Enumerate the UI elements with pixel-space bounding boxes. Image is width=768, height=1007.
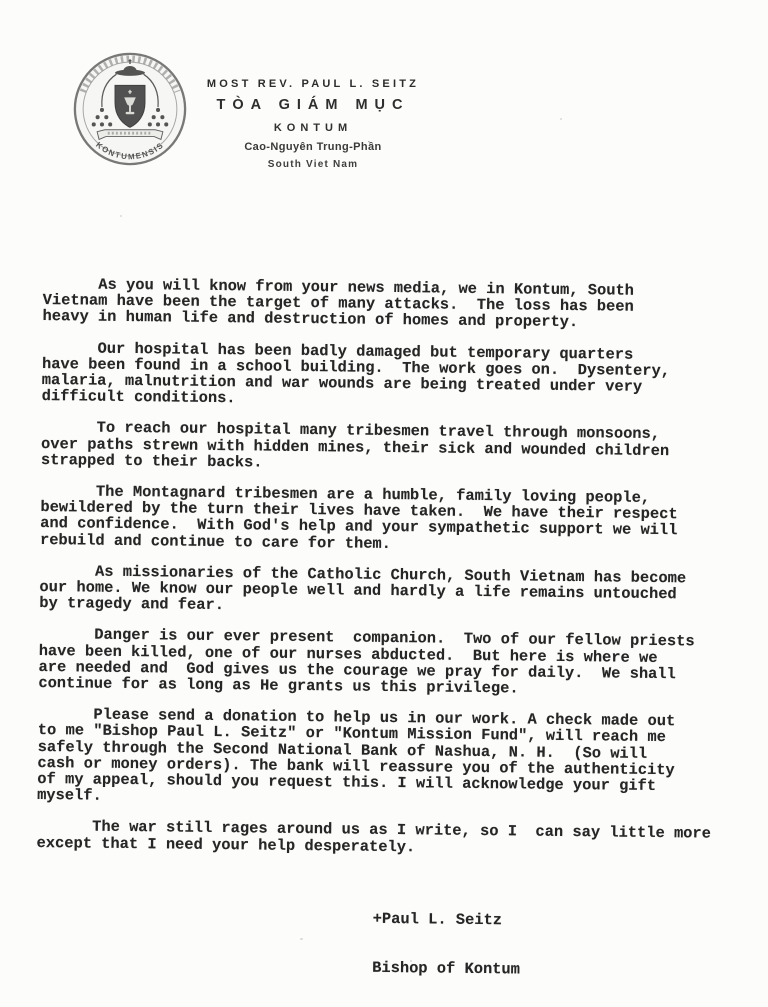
letter-paragraph: As you will know from your news media, w… bbox=[42, 276, 743, 333]
signature-block: +Paul L. Seitz Bishop of Kontum bbox=[372, 879, 736, 1007]
signature-name: +Paul L. Seitz bbox=[373, 911, 736, 931]
letterhead-office: TÒA GIÁM MỤC bbox=[198, 97, 428, 113]
letter-paragraph: Please send a donation to help us in our… bbox=[37, 706, 738, 811]
letter-paragraph: As missionaries of the Catholic Church, … bbox=[39, 563, 740, 620]
letterhead: MOST REV. PAUL L. SEITZ TÒA GIÁM MỤC KON… bbox=[198, 78, 428, 170]
signature-title: Bishop of Kontum bbox=[372, 960, 735, 980]
letter-paragraph: The war still rages around us as I write… bbox=[36, 818, 736, 858]
episcopal-seal-icon: KONTUMENSIS bbox=[72, 50, 188, 168]
letterhead-region: Cao-Nguyên Trung-Phần bbox=[198, 141, 428, 153]
letter-body: As you will know from your news media, w… bbox=[35, 276, 743, 1007]
letterhead-city: KONTUM bbox=[198, 122, 428, 134]
letter-paragraph: Danger is our ever present companion. Tw… bbox=[38, 626, 739, 699]
letter-paragraph: To reach our hospital many tribesmen tra… bbox=[41, 419, 742, 476]
letterhead-country: South Viet Nam bbox=[198, 159, 428, 170]
letter-paragraph: The Montagnard tribesmen are a humble, f… bbox=[40, 483, 741, 556]
letter-paragraph: Our hospital has been badly damaged but … bbox=[42, 340, 743, 413]
letterhead-name: MOST REV. PAUL L. SEITZ bbox=[198, 78, 428, 90]
letter-page: KONTUMENSIS MOST REV. PAUL L. SEITZ TÒA … bbox=[0, 0, 768, 1007]
